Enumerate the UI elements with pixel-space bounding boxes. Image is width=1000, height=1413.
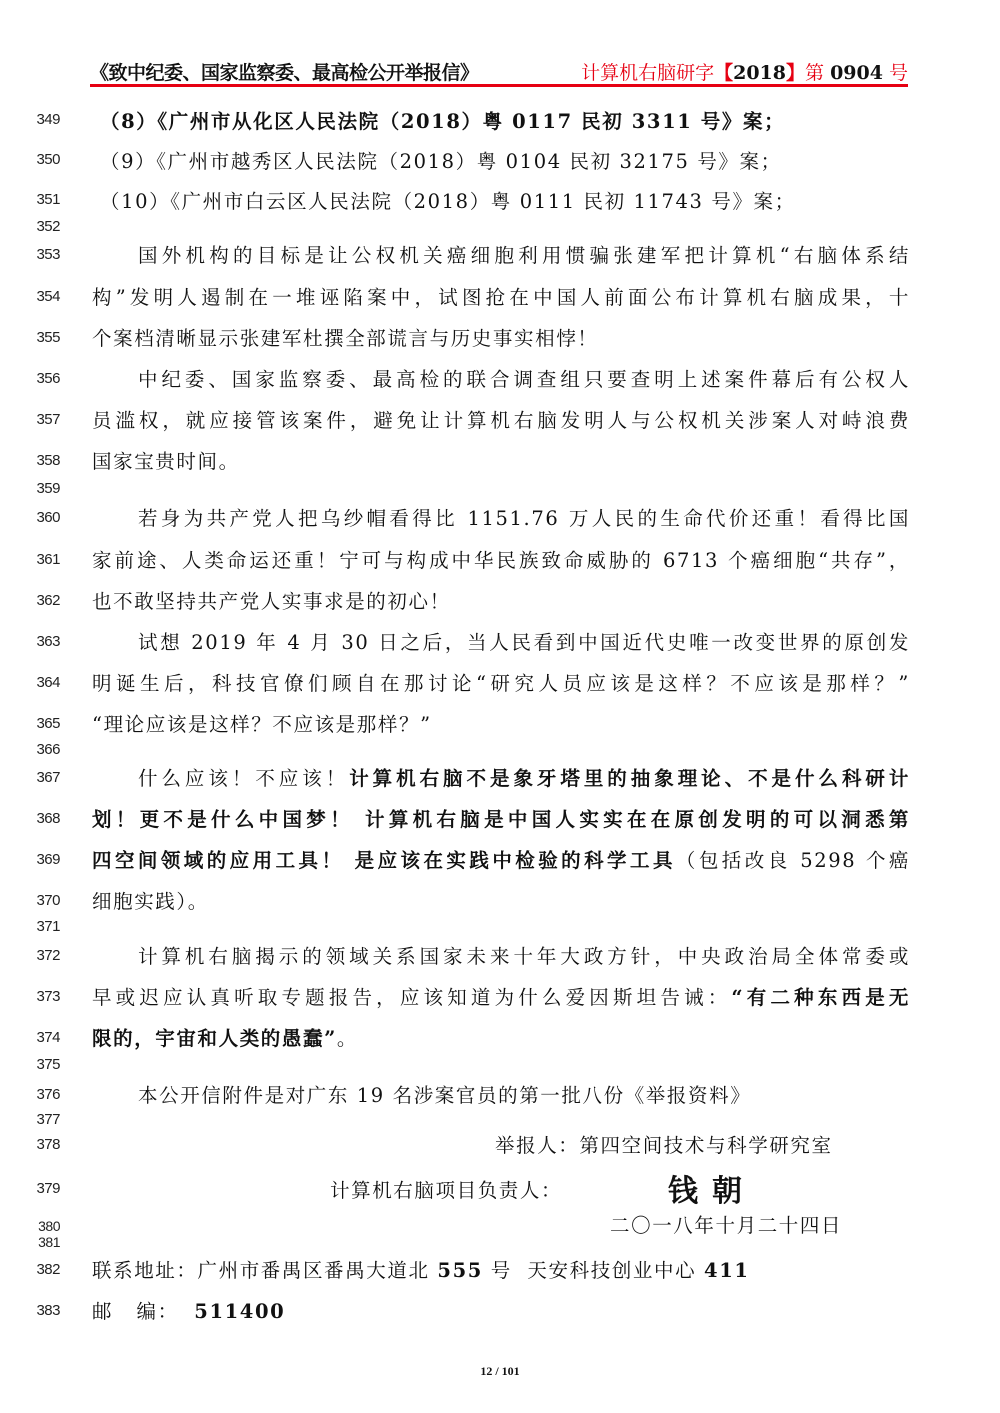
line-number: 354: [20, 288, 60, 305]
line-number: 373: [20, 988, 60, 1005]
paragraph-text: 若身为共产党人把乌纱帽看得比 1151.76 万人民的生命代价还重！看得比国: [138, 503, 910, 531]
paragraph-text: 国家宝贵时间。: [92, 446, 910, 474]
text-line: 350 （9）《广州市越秀区人民法院（2018）粤 0104 民初 32175 …: [0, 146, 1000, 176]
line-number: 375: [20, 1056, 60, 1073]
plain-text: 早或迟应认真听取专题报告，应该知道为什么爱因斯坦告诫：: [92, 986, 731, 1009]
text-line: 376 本公开信附件是对广东 19 名涉案官员的第一批八份《举报资料》: [0, 1080, 1000, 1110]
text-line: 373 早或迟应认真听取专题报告，应该知道为什么爱因斯坦告诫：“有二种东西是无: [0, 982, 1000, 1012]
text-line: 379 计算机右脑项目负责人： 钱朝: [0, 1170, 1000, 1210]
signature-name: 钱朝: [668, 1166, 756, 1210]
plain-text: 。: [337, 1027, 358, 1050]
line-number: 382: [20, 1261, 60, 1278]
text-line: 360 若身为共产党人把乌纱帽看得比 1151.76 万人民的生命代价还重！看得…: [0, 503, 1000, 533]
line-number: 383: [20, 1302, 60, 1319]
text-line: 357 员滥权，就应接管该案件，避免让计算机右脑发明人与公权机关涉案人对峙浪费: [0, 405, 1000, 435]
line-number: 372: [20, 947, 60, 964]
line-number: 368: [20, 810, 60, 827]
quote-text: 限的，宇宙和人类的愚蠢”: [92, 1027, 337, 1050]
bracket-open: 【: [714, 62, 733, 84]
room-number: 411: [704, 1259, 750, 1282]
text-line: 370 细胞实践）。: [0, 886, 1000, 916]
line-number: 355: [20, 329, 60, 346]
paragraph-text: 四空间领域的应用工具！ 是应该在实践中检验的科学工具（包括改良 5298 个癌: [92, 845, 910, 873]
line-number: 366: [20, 741, 60, 758]
line-number: 370: [20, 892, 60, 909]
reference-di: 第: [805, 62, 830, 84]
postal-code-label: 邮 编：: [92, 1300, 194, 1323]
line-number: 374: [20, 1029, 60, 1046]
reference-number: 0904: [830, 62, 883, 84]
bracket-close: 】: [786, 62, 805, 84]
text-line: 365 “理论应该是这样？不应该是那样？”: [0, 709, 1000, 739]
address-text: 号 天安科技创业中心: [483, 1259, 704, 1282]
paragraph-text: 限的，宇宙和人类的愚蠢”。: [92, 1023, 910, 1051]
paragraph-text: “理论应该是这样？不应该是那样？”: [92, 709, 910, 737]
text-line: 383 邮 编： 511400: [0, 1296, 1000, 1326]
line-number: 376: [20, 1086, 60, 1103]
text-line: 353 国外机构的目标是让公权机关癌细胞利用惯骗张建军把计算机“右脑体系结: [0, 240, 1000, 270]
plain-text: 什么应该！不应该！: [138, 767, 349, 790]
line-number: 363: [20, 633, 60, 650]
project-lead-label: 计算机右脑项目负责人：: [330, 1175, 562, 1203]
line-number: 369: [20, 851, 60, 868]
street-number: 555: [437, 1259, 483, 1282]
line-number: 361: [20, 551, 60, 568]
postal-code: 511400: [194, 1300, 285, 1323]
postal-code-line: 邮 编： 511400: [92, 1296, 910, 1324]
document-title: 《致中纪委、国家监察委、最高检公开举报信》: [90, 58, 479, 85]
line-number: 357: [20, 411, 60, 428]
paragraph-text: 计算机右脑揭示的领域关系国家未来十年大政方针，中央政治局全体常委或: [138, 941, 910, 969]
line-number: 353: [20, 246, 60, 263]
contact-address: 联系地址：广州市番禺区番禺大道北 555 号 天安科技创业中心 411: [92, 1255, 910, 1283]
line-number: 351: [20, 191, 60, 208]
line-number: 365: [20, 715, 60, 732]
text-line: 358 国家宝贵时间。: [0, 446, 1000, 476]
text-line: 368 划！更不是什么中国梦！ 计算机右脑是中国人实实在在原创发明的可以洞悉第: [0, 804, 1000, 834]
line-number: 379: [20, 1180, 60, 1197]
paragraph-text: 细胞实践）。: [92, 886, 910, 914]
line-number: 360: [20, 509, 60, 526]
line-number: 358: [20, 452, 60, 469]
paragraph-text: 国外机构的目标是让公权机关癌细胞利用惯骗张建军把计算机“右脑体系结: [138, 240, 910, 268]
paragraph-text: 构”发明人遏制在一堆诬陷案中，试图抢在中国人前面公布计算机右脑成果，十: [92, 282, 910, 310]
text-line: 349 （8）《广州市从化区人民法院（2018）粤 0117 民初 3311 号…: [0, 106, 1000, 136]
line-number: 349: [20, 111, 60, 128]
paragraph-text: 试想 2019 年 4 月 30 日之后，当人民看到中国近代史唯一改变世界的原创…: [138, 627, 910, 655]
text-line: 354 构”发明人遏制在一堆诬陷案中，试图抢在中国人前面公布计算机右脑成果，十: [0, 282, 1000, 312]
line-number: 362: [20, 592, 60, 609]
case-item-8: （8）《广州市从化区人民法院（2018）粤 0117 民初 3311 号》案；: [100, 106, 918, 134]
reference-prefix: 计算机右脑研字: [581, 62, 714, 84]
plain-text: （包括改良 5298 个癌: [676, 849, 910, 872]
text-line: 367 什么应该！不应该！计算机右脑不是象牙塔里的抽象理论、不是什么科研计: [0, 763, 1000, 793]
text-line: 372 计算机右脑揭示的领域关系国家未来十年大政方针，中央政治局全体常委或: [0, 941, 1000, 971]
page-header: 《致中纪委、国家监察委、最高检公开举报信》 计算机右脑研字【2018】第 090…: [90, 58, 908, 86]
document-reference-number: 计算机右脑研字【2018】第 0904 号: [581, 58, 908, 85]
text-line: 382 联系地址：广州市番禺区番禺大道北 555 号 天安科技创业中心 411: [0, 1255, 1000, 1285]
paragraph-text: 明诞生后，科技官僚们顾自在那讨论“研究人员应该是这样？不应该是那样？”: [92, 668, 910, 696]
header-divider: [90, 84, 908, 87]
line-number: 364: [20, 674, 60, 691]
text-line: 374 限的，宇宙和人类的愚蠢”。: [0, 1023, 1000, 1053]
text-line: 361 家前途、人类命运还重！宁可与构成中华民族致命威胁的 6713 个癌细胞“…: [0, 545, 1000, 575]
text-line: 351 （10）《广州市白云区人民法院（2018）粤 0111 民初 11743…: [0, 186, 1000, 216]
case-item-10: （10）《广州市白云区人民法院（2018）粤 0111 民初 11743 号》案…: [100, 186, 918, 214]
paragraph-text: 也不敢坚持共产党人实事求是的初心！: [92, 586, 910, 614]
attachment-note: 本公开信附件是对广东 19 名涉案官员的第一批八份《举报资料》: [138, 1080, 910, 1108]
paragraph-text: 什么应该！不应该！计算机右脑不是象牙塔里的抽象理论、不是什么科研计: [138, 763, 910, 791]
line-number: 378: [20, 1136, 60, 1153]
paragraph-text: 早或迟应认真听取专题报告，应该知道为什么爱因斯坦告诫：“有二种东西是无: [92, 982, 910, 1010]
line-number: 371: [20, 918, 60, 935]
text-line: 362 也不敢坚持共产党人实事求是的初心！: [0, 586, 1000, 616]
line-number: 352: [20, 218, 60, 235]
reporter-line: 举报人：第四空间技术与科学研究室: [495, 1130, 833, 1158]
text-line: 369 四空间领域的应用工具！ 是应该在实践中检验的科学工具（包括改良 5298…: [0, 845, 1000, 875]
paragraph-text: 个案档清晰显示张建军杜撰全部谎言与历史事实相悖！: [92, 323, 910, 351]
text-line: 355 个案档清晰显示张建军杜撰全部谎言与历史事实相悖！: [0, 323, 1000, 353]
case-item-9: （9）《广州市越秀区人民法院（2018）粤 0104 民初 32175 号》案；: [100, 146, 918, 174]
emphasized-text: 划！更不是什么中国梦！ 计算机右脑是中国人实实在在原创发明的可以洞悉第: [92, 804, 910, 832]
address-text: 联系地址：广州市番禺区番禺大道北: [92, 1259, 437, 1282]
page-number: 12 / 101: [0, 1364, 1000, 1379]
reference-year: 2018: [733, 62, 786, 84]
paragraph-text: 家前途、人类命运还重！宁可与构成中华民族致命威胁的 6713 个癌细胞“共存”，: [92, 545, 910, 573]
text-line: 363 试想 2019 年 4 月 30 日之后，当人民看到中国近代史唯一改变世…: [0, 627, 1000, 657]
line-number: 381: [20, 1234, 60, 1250]
line-number: 359: [20, 480, 60, 497]
line-number: 367: [20, 769, 60, 786]
quote-text: “有二种东西是无: [731, 986, 910, 1009]
emphasized-text: 计算机右脑不是象牙塔里的抽象理论、不是什么科研计: [349, 767, 910, 790]
text-line: 356 中纪委、国家监察委、最高检的联合调查组只要查明上述案件幕后有公权人: [0, 364, 1000, 394]
emphasized-text: 四空间领域的应用工具！ 是应该在实践中检验的科学工具: [92, 849, 676, 872]
paragraph-text: 中纪委、国家监察委、最高检的联合调查组只要查明上述案件幕后有公权人: [138, 364, 910, 392]
line-number: 377: [20, 1111, 60, 1128]
text-line: 375: [0, 1053, 1000, 1083]
reference-suffix: 号: [883, 62, 908, 84]
line-number: 356: [20, 370, 60, 387]
paragraph-text: 员滥权，就应接管该案件，避免让计算机右脑发明人与公权机关涉案人对峙浪费: [92, 405, 910, 433]
text-line: 364 明诞生后，科技官僚们顾自在那讨论“研究人员应该是这样？不应该是那样？”: [0, 668, 1000, 698]
line-number: 350: [20, 151, 60, 168]
text-line: 378 举报人：第四空间技术与科学研究室: [0, 1130, 1000, 1160]
